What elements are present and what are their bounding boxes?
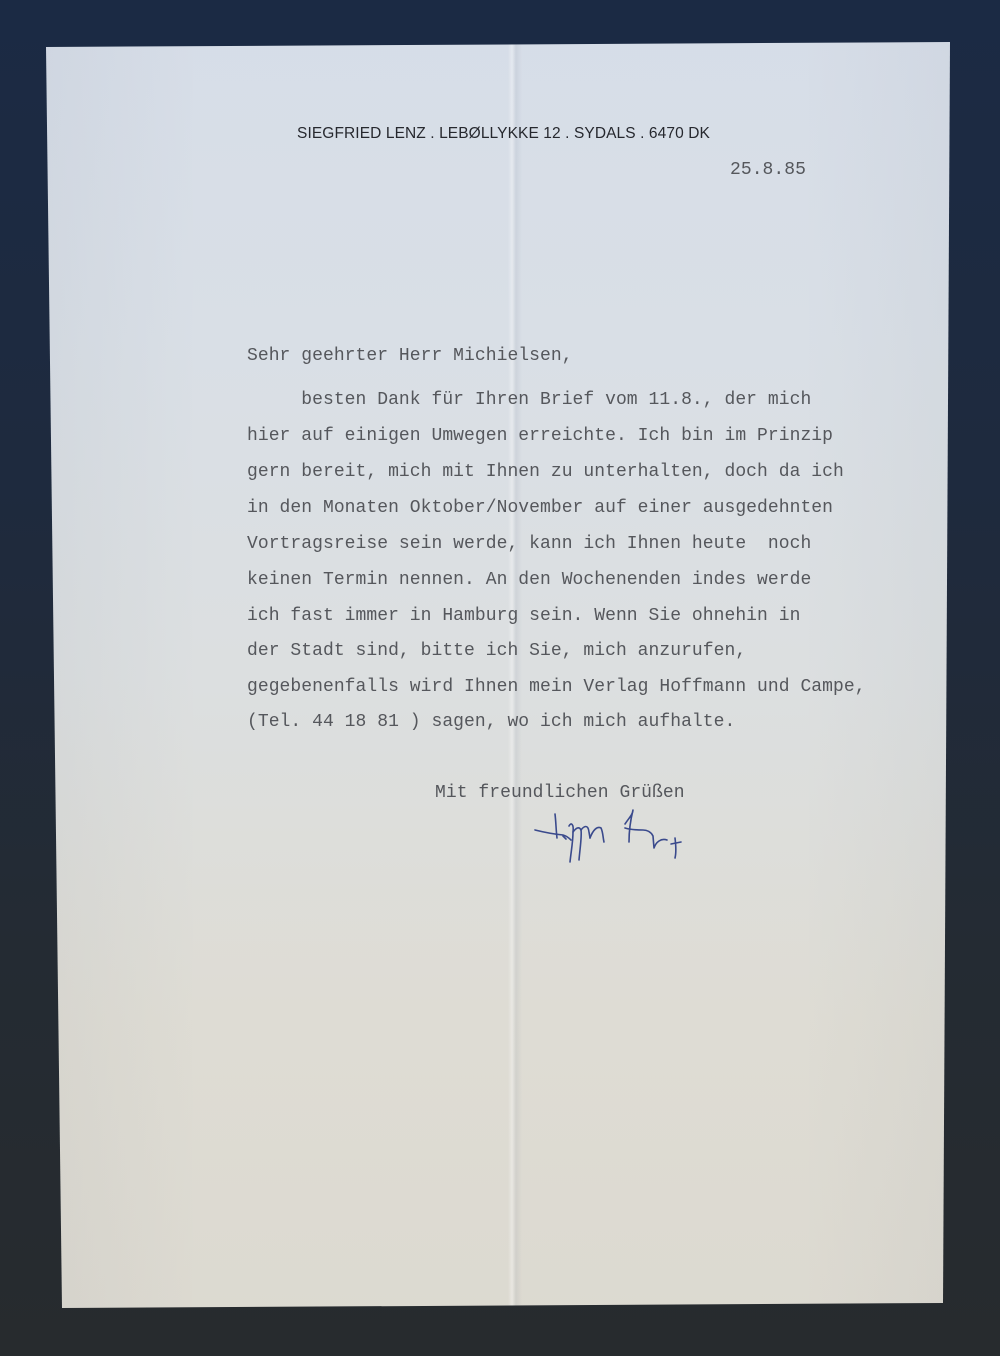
- letter-date: 25.8.85: [730, 160, 806, 180]
- body-line: hier auf einigen Umwegen erreichte. Ich …: [247, 426, 833, 446]
- salutation: Sehr geehrter Herr Michielsen,: [247, 346, 573, 366]
- body-line: Vortragsreise sein werde, kann ich Ihnen…: [247, 534, 811, 554]
- signature-icon: [533, 808, 698, 870]
- body-line: in den Monaten Oktober/November auf eine…: [247, 498, 833, 518]
- body-line: der Stadt sind, bitte ich Sie, mich anzu…: [247, 641, 746, 661]
- body-line: besten Dank für Ihren Brief vom 11.8., d…: [247, 390, 811, 410]
- closing: Mit freundlichen Grüßen: [435, 783, 685, 803]
- letterhead: SIEGFRIED LENZ . LEBØLLYKKE 12 . SYDALS …: [297, 125, 710, 143]
- body-line: ich fast immer in Hamburg sein. Wenn Sie…: [247, 606, 800, 626]
- body-line: gegebenenfalls wird Ihnen mein Verlag Ho…: [247, 677, 866, 697]
- body-line: (Tel. 44 18 81 ) sagen, wo ich mich aufh…: [247, 712, 735, 732]
- body-line: keinen Termin nennen. An den Wochenenden…: [247, 570, 811, 590]
- body-line: gern bereit, mich mit Ihnen zu unterhalt…: [247, 462, 844, 482]
